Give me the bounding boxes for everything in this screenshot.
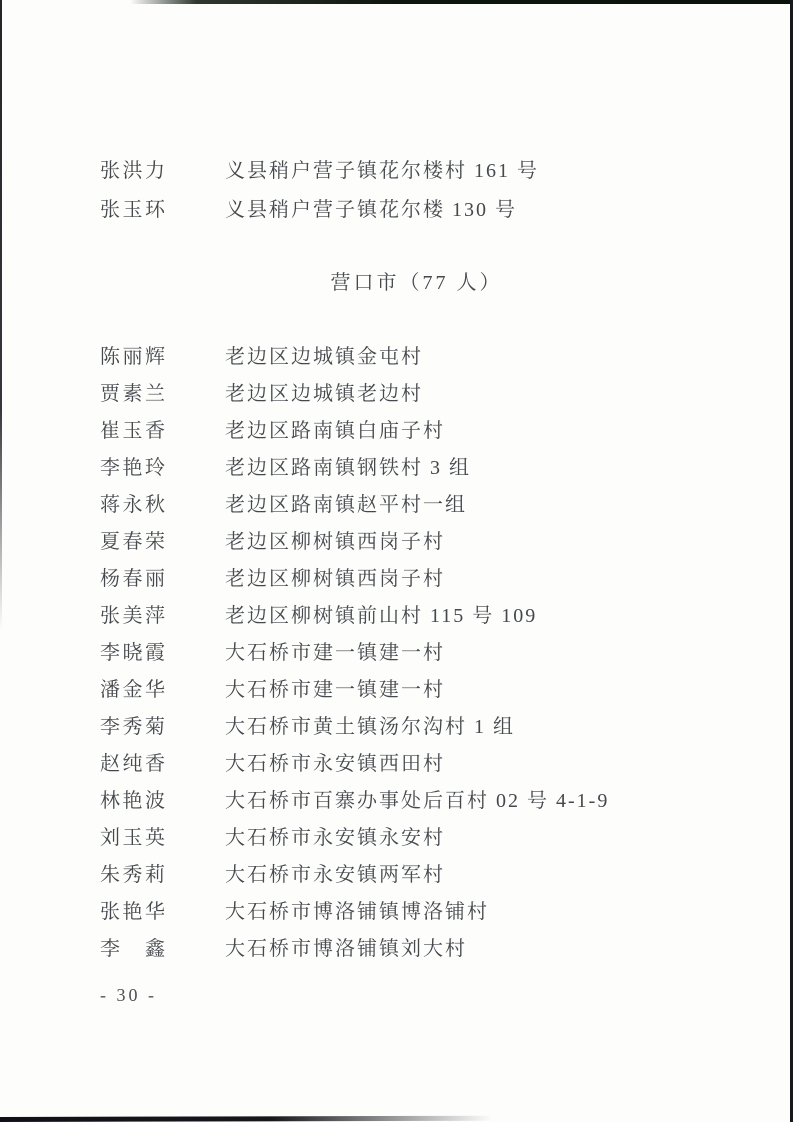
recipient-name: 陈丽辉	[100, 339, 168, 376]
entry-row: 陈丽辉 老边区边城镇金屯村	[100, 339, 753, 376]
entry-list: 陈丽辉 老边区边城镇金屯村 贾素兰 老边区边城镇老边村 崔玉香 老边区路南镇白庙…	[100, 339, 753, 968]
recipient-name: 蒋永秋	[100, 487, 168, 524]
recipient-address: 老边区边城镇老边村	[225, 376, 423, 413]
entry-row: 朱秀莉 大石桥市永安镇两军村	[100, 857, 753, 894]
recipient-address: 大石桥市永安镇西田村	[225, 746, 445, 783]
recipient-address: 大石桥市建一镇建一村	[225, 635, 445, 672]
recipient-name: 刘玉英	[100, 820, 168, 857]
recipient-name: 张美萍	[100, 598, 168, 635]
entry-row: 张美萍 老边区柳树镇前山村 115 号 109	[100, 598, 753, 635]
recipient-name: 林艳波	[100, 783, 168, 820]
recipient-name: 潘金华	[100, 672, 168, 709]
recipient-address: 义县稍户营子镇花尔楼 130 号	[225, 191, 517, 230]
entry-row: 崔玉香 老边区路南镇白庙子村	[100, 413, 753, 450]
recipient-address: 老边区柳树镇西岗子村	[225, 561, 445, 598]
entry-row: 蒋永秋 老边区路南镇赵平村一组	[100, 487, 753, 524]
entry-row: 李晓霞 大石桥市建一镇建一村	[100, 635, 753, 672]
recipient-name: 朱秀莉	[100, 857, 168, 894]
entry-row: 夏春荣 老边区柳树镇西岗子村	[100, 524, 753, 561]
entry-row: 李秀菊 大石桥市黄土镇汤尔沟村 1 组	[100, 709, 753, 746]
recipient-address: 大石桥市永安镇永安村	[225, 820, 445, 857]
document-page: 张洪力 义县稍户营子镇花尔楼村 161 号 张玉环 义县稍户营子镇花尔楼 130…	[0, 0, 793, 1122]
recipient-address: 大石桥市博洛铺镇博洛铺村	[225, 894, 489, 931]
recipient-address: 义县稍户营子镇花尔楼村 161 号	[225, 152, 539, 191]
recipient-name: 夏春荣	[100, 524, 168, 561]
recipient-name: 崔玉香	[100, 413, 168, 450]
scan-edge-left	[0, 0, 2, 630]
recipient-address: 大石桥市百寨办事处后百村 02 号 4-1-9	[225, 783, 609, 820]
recipient-name: 杨春丽	[100, 561, 168, 598]
recipient-name: 李 鑫	[100, 931, 168, 968]
scan-edge-top	[130, 0, 793, 4]
recipient-name: 张玉环	[100, 191, 168, 230]
entry-row: 潘金华 大石桥市建一镇建一村	[100, 672, 753, 709]
recipient-address: 大石桥市建一镇建一村	[225, 672, 445, 709]
recipient-address: 老边区柳树镇西岗子村	[225, 524, 445, 561]
recipient-name: 张艳华	[100, 894, 168, 931]
entry-row: 张玉环 义县稍户营子镇花尔楼 130 号	[100, 191, 753, 230]
top-entry-list: 张洪力 义县稍户营子镇花尔楼村 161 号 张玉环 义县稍户营子镇花尔楼 130…	[100, 152, 753, 230]
recipient-address: 老边区路南镇白庙子村	[225, 413, 445, 450]
entry-row: 贾素兰 老边区边城镇老边村	[100, 376, 753, 413]
entry-row: 赵纯香 大石桥市永安镇西田村	[100, 746, 753, 783]
scan-edge-bottom	[0, 1116, 492, 1122]
city-section-heading: 营口市（77 人）	[100, 269, 733, 297]
recipient-name: 赵纯香	[100, 746, 168, 783]
recipient-address: 大石桥市永安镇两军村	[225, 857, 445, 894]
entry-row: 张艳华 大石桥市博洛铺镇博洛铺村	[100, 894, 753, 931]
entry-row: 李 鑫 大石桥市博洛铺镇刘大村	[100, 931, 753, 968]
page-number: - 30 -	[100, 983, 157, 1007]
recipient-name: 李晓霞	[100, 635, 168, 672]
entry-row: 李艳玲 老边区路南镇钢铁村 3 组	[100, 450, 753, 487]
recipient-name: 贾素兰	[100, 376, 168, 413]
recipient-name: 李秀菊	[100, 709, 168, 746]
recipient-address: 老边区边城镇金屯村	[225, 339, 423, 376]
entry-row: 张洪力 义县稍户营子镇花尔楼村 161 号	[100, 152, 753, 191]
entry-row: 杨春丽 老边区柳树镇西岗子村	[100, 561, 753, 598]
recipient-address: 大石桥市博洛铺镇刘大村	[225, 931, 467, 968]
entry-row: 刘玉英 大石桥市永安镇永安村	[100, 820, 753, 857]
recipient-address: 老边区路南镇赵平村一组	[225, 487, 467, 524]
recipient-name: 李艳玲	[100, 450, 168, 487]
recipient-address: 大石桥市黄土镇汤尔沟村 1 组	[225, 709, 515, 746]
recipient-address: 老边区柳树镇前山村 115 号 109	[225, 598, 537, 635]
recipient-name: 张洪力	[100, 152, 168, 191]
recipient-address: 老边区路南镇钢铁村 3 组	[225, 450, 471, 487]
entry-row: 林艳波 大石桥市百寨办事处后百村 02 号 4-1-9	[100, 783, 753, 820]
